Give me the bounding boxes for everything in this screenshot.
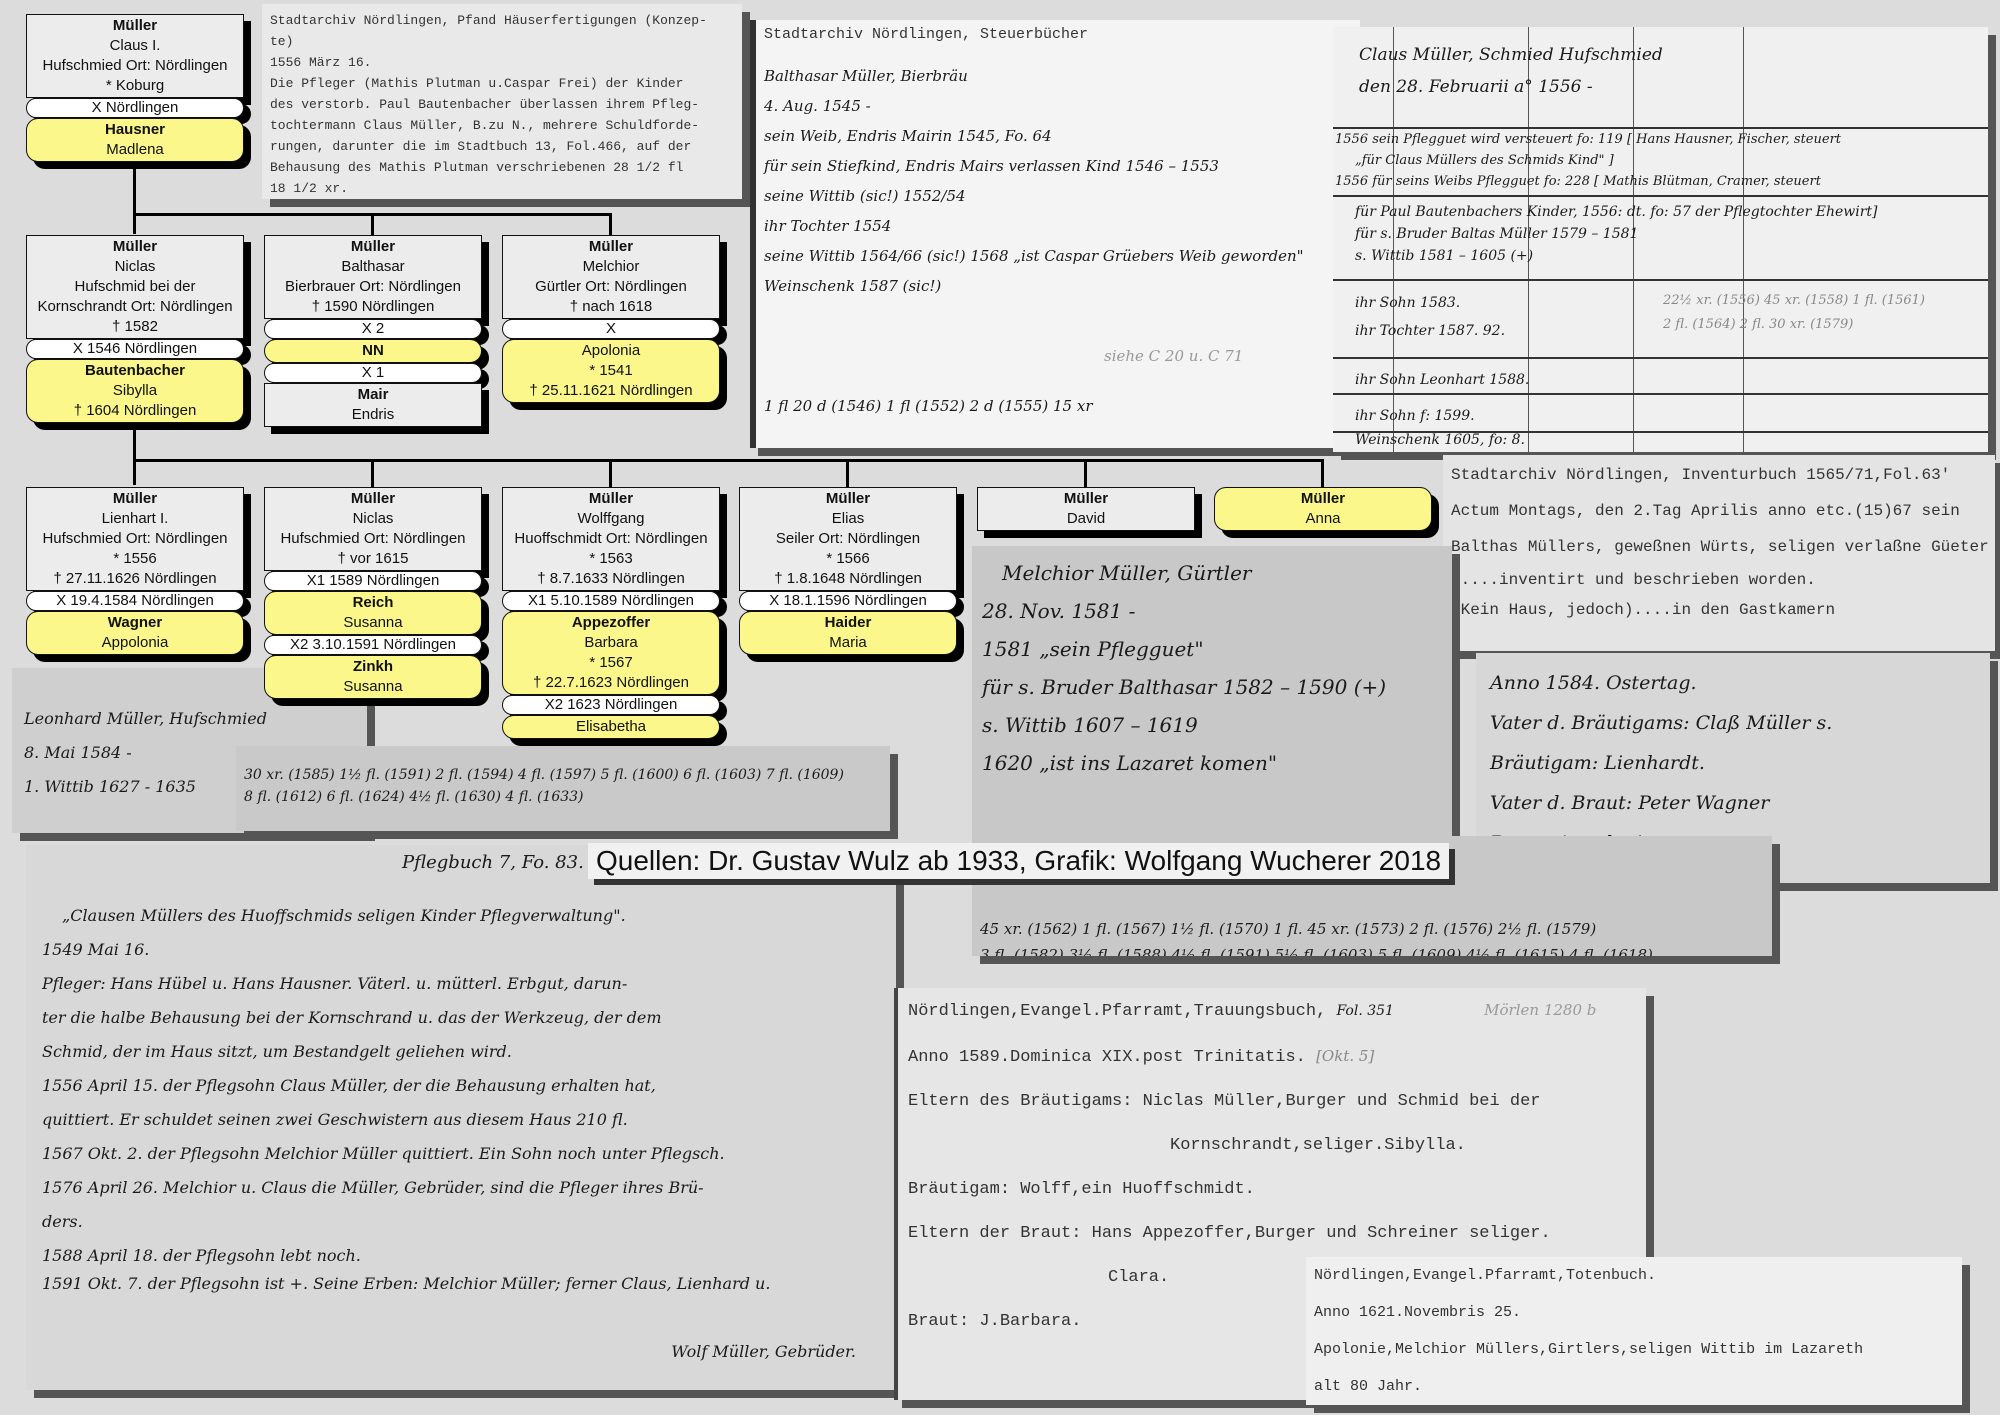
doc-line: 1620 „ist ins Lazaret komen" xyxy=(982,744,1442,782)
connector-line xyxy=(846,459,849,487)
surname: Müller xyxy=(1217,489,1429,509)
person-card[interactable]: MüllerNiclasHufschmied Ort: Nördlingen† … xyxy=(264,487,482,699)
doc-line: Bräutigam: Lienhardt. xyxy=(1490,743,1976,783)
given-name: Elias xyxy=(742,509,954,529)
doc-amount-line: 22½ xr. (1556) 45 xr. (1558) 1 fl. (1561… xyxy=(1663,289,1925,313)
doc-amount-line: 3 fl. (1582) 3½ fl. (1588) 4½ fl. (1591)… xyxy=(980,942,1764,956)
doc-line: 1556 sein Pflegguet wird versteuert fo: … xyxy=(1335,129,1841,150)
doc-line: Vater d. Braut: Peter Wagner xyxy=(1490,783,1976,823)
given-name: Susanna xyxy=(267,613,479,633)
connector-line xyxy=(1084,459,1087,487)
person-detail: † vor 1615 xyxy=(267,549,479,569)
person-box: MüllerAnna xyxy=(1214,487,1432,531)
given-name: David xyxy=(980,509,1192,529)
person-detail: † 1604 Nördlingen xyxy=(29,401,241,421)
connector-line xyxy=(609,213,612,235)
doc-line: alt 80 Jahr. xyxy=(1314,1368,1954,1405)
person-detail: Hufschmied Ort: Nördlingen xyxy=(29,529,241,549)
spouse-box: AppezofferBarbara* 1567† 22.7.1623 Nördl… xyxy=(502,611,720,695)
person-detail: * 1566 xyxy=(742,549,954,569)
person-detail: * 1563 xyxy=(505,549,717,569)
doc-line: Claus Müller, Schmied Hufschmied xyxy=(1359,39,1663,71)
marriage-label: X1 1589 Nördlingen xyxy=(264,571,482,591)
doc-line: für Paul Bautenbachers Kinder, 1556: dt.… xyxy=(1355,201,1877,223)
doc-line: „für Claus Müllers des Schmids Kind" ] xyxy=(1335,150,1841,171)
doc-line: Apolonie,Melchior Müllers,Girtlers,selig… xyxy=(1314,1331,1954,1368)
doc-line: Eltern des Bräutigams: Niclas Müller,Bur… xyxy=(908,1080,1636,1124)
person-box: MüllerNiclasHufschmid bei derKornschrand… xyxy=(26,235,244,339)
spouse-box: HaiderMaria xyxy=(739,611,957,655)
doc-amount-line: 2 fl. (1564) 2 fl. 30 xr. (1579) xyxy=(1663,313,1925,337)
doc-date-note: [Okt. 5] xyxy=(1316,1047,1374,1065)
doc-line: „Clausen Müllers des Huoffschmids selige… xyxy=(42,899,880,933)
doc-line: des verstorb. Paul Bautenbacher überlass… xyxy=(270,94,734,115)
doc-line: 4. Aug. 1545 - xyxy=(764,91,1352,121)
doc-line: s. Wittib 1581 – 1605 (+) xyxy=(1355,245,1877,267)
marriage-label: X Nördlingen xyxy=(26,98,244,118)
connector-line xyxy=(609,459,612,487)
person-card[interactable]: MüllerDavid xyxy=(977,487,1195,531)
document-steuerbuecher-claus: Claus Müller, Schmied Hufschmied den 28.… xyxy=(1333,27,1988,452)
given-name: Barbara xyxy=(505,633,717,653)
doc-line: Weinschenk 1605, fo: 8. xyxy=(1355,429,1525,451)
given-name: Balthasar xyxy=(267,257,479,277)
person-card[interactable]: MüllerAnna xyxy=(1214,487,1432,531)
person-detail: Gürtler Ort: Nördlingen xyxy=(505,277,717,297)
doc-line: Anno 1584. Ostertag. xyxy=(1490,663,1976,703)
connector-line xyxy=(133,162,136,234)
spouse-box: Elisabetha xyxy=(502,715,720,739)
surname: Müller xyxy=(267,237,479,257)
connector-line xyxy=(133,425,136,485)
doc-line: Die Pfleger (Mathis Plutman u.Caspar Fre… xyxy=(270,73,734,94)
connector-line xyxy=(133,459,1323,462)
given-name: Maria xyxy=(742,633,954,653)
person-detail: † 25.11.1621 Nördlingen xyxy=(505,381,717,401)
surname: Müller xyxy=(505,489,717,509)
doc-note: siehe C 20 u. C 71 xyxy=(1104,341,1352,371)
person-detail: Hufschmied Ort: Nördlingen xyxy=(29,56,241,76)
doc-line: te) xyxy=(270,31,734,52)
person-card[interactable]: MüllerLienhart I.Hufschmied Ort: Nördlin… xyxy=(26,487,244,655)
given-name: Susanna xyxy=(267,677,479,697)
doc-folio: Fol. 351 xyxy=(1336,1003,1393,1019)
doc-line: rungen, darunter die im Stadtbuch 13, Fo… xyxy=(270,136,734,157)
doc-line: Anno 1589.Dominica XIX.post Trinitatis. … xyxy=(908,1034,1636,1080)
surname: Müller xyxy=(505,237,717,257)
doc-line: s. Wittib 1607 – 1619 xyxy=(982,706,1442,744)
document-steuerbuecher-balthasar: Stadtarchiv Nördlingen, Steuerbücher Bal… xyxy=(750,20,1360,448)
surname: Reich xyxy=(267,593,479,613)
doc-note: Mörlen 1280 b xyxy=(1484,1001,1596,1019)
doc-amount-line: 30 xr. (1585) 1½ fl. (1591) 2 fl. (1594)… xyxy=(244,764,882,786)
marriage-label: X2 1623 Nördlingen xyxy=(502,695,720,715)
doc-line: den 28. Februarii a° 1556 - xyxy=(1359,71,1663,103)
person-box: MüllerMelchiorGürtler Ort: Nördlingen† n… xyxy=(502,235,720,319)
doc-line: 1591 Okt. 7. der Pflegsohn ist +. Seine … xyxy=(42,1273,880,1295)
marriage-label: X xyxy=(502,319,720,339)
person-box: MüllerBalthasarBierbrauer Ort: Nördlinge… xyxy=(264,235,482,319)
person-detail: Seiler Ort: Nördlingen xyxy=(742,529,954,549)
doc-line: Anno 1621.Novembris 25. xyxy=(1314,1294,1954,1331)
marriage-label: X1 5.10.1589 Nördlingen xyxy=(502,591,720,611)
doc-line: Bräutigam: Wolff,ein Huoffschmidt. xyxy=(908,1168,1636,1212)
doc-line: 1588 April 18. der Pflegsohn lebt noch. xyxy=(42,1239,880,1273)
person-detail: † 27.11.1626 Nördlingen xyxy=(29,569,241,589)
surname: Müller xyxy=(980,489,1192,509)
connector-line xyxy=(371,459,374,487)
person-box: MüllerEliasSeiler Ort: Nördlingen* 1566†… xyxy=(739,487,957,591)
person-card[interactable]: MüllerBalthasarBierbrauer Ort: Nördlinge… xyxy=(264,235,482,427)
doc-line: ter die halbe Behausung bei der Kornschr… xyxy=(42,1001,880,1035)
surname: Appezoffer xyxy=(505,613,717,633)
doc-line: Stadtarchiv Nördlingen, Inventurbuch 156… xyxy=(1451,457,1987,493)
person-detail: Hufschmid bei der xyxy=(29,277,241,297)
surname: Zinkh xyxy=(267,657,479,677)
surname: Hausner xyxy=(29,120,241,140)
spouse-box: ZinkhSusanna xyxy=(264,655,482,699)
given-name: Elisabetha xyxy=(505,717,717,737)
person-detail: * Koburg xyxy=(29,76,241,96)
doc-title: Nördlingen,Evangel.Pfarramt,Trauungsbuch… xyxy=(908,988,1636,1034)
doc-line: Eltern der Braut: Hans Appezoffer,Burger… xyxy=(908,1212,1636,1256)
given-name: Apolonia xyxy=(505,341,717,361)
marriage-label: X 2 xyxy=(264,319,482,339)
doc-line: Schmid, der im Haus sitzt, um Bestandgel… xyxy=(42,1035,880,1069)
given-name: Claus I. xyxy=(29,36,241,56)
doc-line: ihr Sohn f: 1599. xyxy=(1355,399,1475,433)
doc-line: Actum Montags, den 2.Tag Aprilis anno et… xyxy=(1451,493,1987,529)
surname: Haider xyxy=(742,613,954,633)
person-box: MüllerClaus I.Hufschmied Ort: Nördlingen… xyxy=(26,14,244,98)
connector-line xyxy=(1321,459,1324,487)
marriage-label: X 18.1.1596 Nördlingen xyxy=(739,591,957,611)
person-detail: † 8.7.1633 Nördlingen xyxy=(505,569,717,589)
doc-line: ders. xyxy=(42,1205,880,1239)
person-detail: * 1541 xyxy=(505,361,717,381)
doc-line: Melchior Müller, Gürtler xyxy=(982,554,1442,592)
document-totenbuch: Nördlingen,Evangel.Pfarramt,Totenbuch. A… xyxy=(1306,1257,1962,1405)
marriage-label: X 19.4.1584 Nördlingen xyxy=(26,591,244,611)
person-detail: † 22.7.1623 Nördlingen xyxy=(505,673,717,693)
person-detail: † 1590 Nördlingen xyxy=(267,297,479,317)
surname: Bautenbacher xyxy=(29,361,241,381)
given-name: Endris xyxy=(267,405,479,425)
person-box: MüllerNiclasHufschmied Ort: Nördlingen† … xyxy=(264,487,482,571)
doc-line: 1567 Okt. 2. der Pflegsohn Melchior Müll… xyxy=(42,1137,880,1171)
spouse-box: WagnerAppolonia xyxy=(26,611,244,655)
surname: Müller xyxy=(29,237,241,257)
given-name: Sibylla xyxy=(29,381,241,401)
person-card[interactable]: MüllerClaus I.Hufschmied Ort: Nördlingen… xyxy=(26,14,244,162)
doc-line: für s. Bruder Baltas Müller 1579 – 1581 xyxy=(1355,223,1877,245)
person-detail: † 1.8.1648 Nördlingen xyxy=(742,569,954,589)
doc-line: Behausung des Mathis Plutman verschriebe… xyxy=(270,157,734,178)
given-name: Appolonia xyxy=(29,633,241,653)
doc-line: Weinschenk 1587 (sic!) xyxy=(764,271,1352,301)
doc-line: Stadtarchiv Nördlingen, Pfand Häuserfert… xyxy=(270,10,734,31)
doc-line: für sein Stiefkind, Endris Mairs verlass… xyxy=(764,151,1352,181)
person-box: MüllerWolffgangHuoffschmidt Ort: Nördlin… xyxy=(502,487,720,591)
doc-line: Leonhard Müller, Hufschmied xyxy=(24,702,355,736)
spouse-box: Apolonia* 1541† 25.11.1621 Nördlingen xyxy=(502,339,720,403)
given-name: Wolffgang xyxy=(505,509,717,529)
doc-line: für s. Bruder Balthasar 1582 – 1590 (+) xyxy=(982,668,1442,706)
marriage-label: X 1546 Nördlingen xyxy=(26,339,244,359)
person-detail: † 1582 xyxy=(29,317,241,337)
person-detail: Huoffschmidt Ort: Nördlingen xyxy=(505,529,717,549)
given-name: Melchior xyxy=(505,257,717,277)
doc-line: seine Wittib (sic!) 1552/54 xyxy=(764,181,1352,211)
person-detail: † nach 1618 xyxy=(505,297,717,317)
spouse-box: HausnerMadlena xyxy=(26,118,244,162)
person-card[interactable]: MüllerMelchiorGürtler Ort: Nördlingen† n… xyxy=(502,235,720,403)
doc-line: seine Wittib 1564/66 (sic!) 1568 „ist Ca… xyxy=(764,241,1352,271)
sources-caption: Quellen: Dr. Gustav Wulz ab 1933, Grafik… xyxy=(588,843,1449,879)
given-name: Niclas xyxy=(267,509,479,529)
marriage-label: X 1 xyxy=(264,363,482,383)
surname: Wagner xyxy=(29,613,241,633)
person-detail: * 1567 xyxy=(505,653,717,673)
doc-line: Balthas Müllers, geweßnen Würts, seligen… xyxy=(1451,529,1987,565)
spouse-box: BautenbacherSibylla† 1604 Nördlingen xyxy=(26,359,244,423)
document-leonhard-amounts: 30 xr. (1585) 1½ fl. (1591) 2 fl. (1594)… xyxy=(236,746,890,831)
marriage-label: X2 3.10.1591 Nördlingen xyxy=(264,635,482,655)
doc-line: Vater d. Bräutigams: Claß Müller s. xyxy=(1490,703,1976,743)
surname: Müller xyxy=(29,489,241,509)
doc-line: ihr Tochter 1554 xyxy=(764,211,1352,241)
given-name: Madlena xyxy=(29,140,241,160)
spouse-box: MairEndris xyxy=(264,383,482,427)
given-name: Lienhart I. xyxy=(29,509,241,529)
document-inventurbuch: Stadtarchiv Nördlingen, Inventurbuch 156… xyxy=(1443,455,1995,651)
doc-line: ihr Tochter 1587. 92. xyxy=(1355,317,1505,345)
doc-line: 1556 März 16. xyxy=(270,52,734,73)
person-detail: Kornschrandt Ort: Nördlingen xyxy=(29,297,241,317)
person-box: MüllerDavid xyxy=(977,487,1195,531)
surname: Müller xyxy=(742,489,954,509)
doc-line: tochtermann Claus Müller, B.zu N., mehre… xyxy=(270,115,734,136)
doc-line: sein Weib, Endris Mairin 1545, Fo. 64 xyxy=(764,121,1352,151)
surname: Mair xyxy=(267,385,479,405)
doc-line: (Kein Haus, jedoch)....in den Gastkamern xyxy=(1451,595,1987,625)
person-detail: * 1556 xyxy=(29,549,241,569)
doc-line: Pfleger: Hans Hübel u. Hans Hausner. Vät… xyxy=(42,967,880,1001)
person-detail: Hufschmied Ort: Nördlingen xyxy=(267,529,479,549)
doc-line: 1556 April 15. der Pflegsohn Claus Mülle… xyxy=(42,1069,880,1103)
doc-line: Kornschrandt,seliger.Sibylla. xyxy=(908,1124,1636,1168)
person-card[interactable]: MüllerWolffgangHuoffschmidt Ort: Nördlin… xyxy=(502,487,720,739)
doc-line: .....inventirt und beschrieben worden. xyxy=(1451,565,1987,595)
person-card[interactable]: MüllerEliasSeiler Ort: Nördlingen* 1566†… xyxy=(739,487,957,655)
doc-line: 28. Nov. 1581 - xyxy=(982,592,1442,630)
surname: Müller xyxy=(29,16,241,36)
doc-line: ihr Sohn 1583. xyxy=(1355,289,1505,317)
doc-aside: Wolf Müller, Gebrüder. xyxy=(671,1335,856,1369)
doc-line: ihr Sohn Leonhart 1588. xyxy=(1355,363,1529,397)
doc-line: 1576 April 26. Melchior u. Claus die Mül… xyxy=(42,1171,880,1205)
doc-line: 1549 Mai 16. xyxy=(42,933,880,967)
given-name: Niclas xyxy=(29,257,241,277)
document-pflegbuch: Pflegbuch 7, Fo. 83. „Clausen Müllers de… xyxy=(26,845,896,1390)
doc-line: Nördlingen,Evangel.Pfarramt,Totenbuch. xyxy=(1314,1257,1954,1294)
person-detail: Bierbrauer Ort: Nördlingen xyxy=(267,277,479,297)
person-box: MüllerLienhart I.Hufschmied Ort: Nördlin… xyxy=(26,487,244,591)
document-haeuserfertigungen: Stadtarchiv Nördlingen, Pfand Häuserfert… xyxy=(262,4,742,199)
doc-line: 18 1/2 xr. xyxy=(270,178,734,199)
given-name: Anna xyxy=(1217,509,1429,529)
doc-line: Balthasar Müller, Bierbräu xyxy=(764,61,1352,91)
surname: Müller xyxy=(267,489,479,509)
doc-amount-line: 8 fl. (1612) 6 fl. (1624) 4½ fl. (1630) … xyxy=(244,786,882,808)
spouse-box: ReichSusanna xyxy=(264,591,482,635)
doc-line: 1 fl 20 d (1546) 1 fl (1552) 2 d (1555) … xyxy=(764,391,1352,421)
doc-line: 1581 „sein Pflegguet" xyxy=(982,630,1442,668)
spouse-box: NN xyxy=(264,339,482,363)
document-melchior-guertler: Melchior Müller, Gürtler 28. Nov. 1581 -… xyxy=(972,546,1452,836)
surname: NN xyxy=(267,341,479,361)
person-card[interactable]: MüllerNiclasHufschmid bei derKornschrand… xyxy=(26,235,244,423)
doc-amount-line: 45 xr. (1562) 1 fl. (1567) 1½ fl. (1570)… xyxy=(980,916,1764,942)
doc-line: quittiert. Er schuldet seinen zwei Gesch… xyxy=(42,1103,880,1137)
connector-line xyxy=(371,213,374,235)
doc-title: Stadtarchiv Nördlingen, Steuerbücher xyxy=(764,26,1352,43)
doc-line: 1556 für seins Weibs Pflegguet fo: 228 [… xyxy=(1335,171,1841,192)
